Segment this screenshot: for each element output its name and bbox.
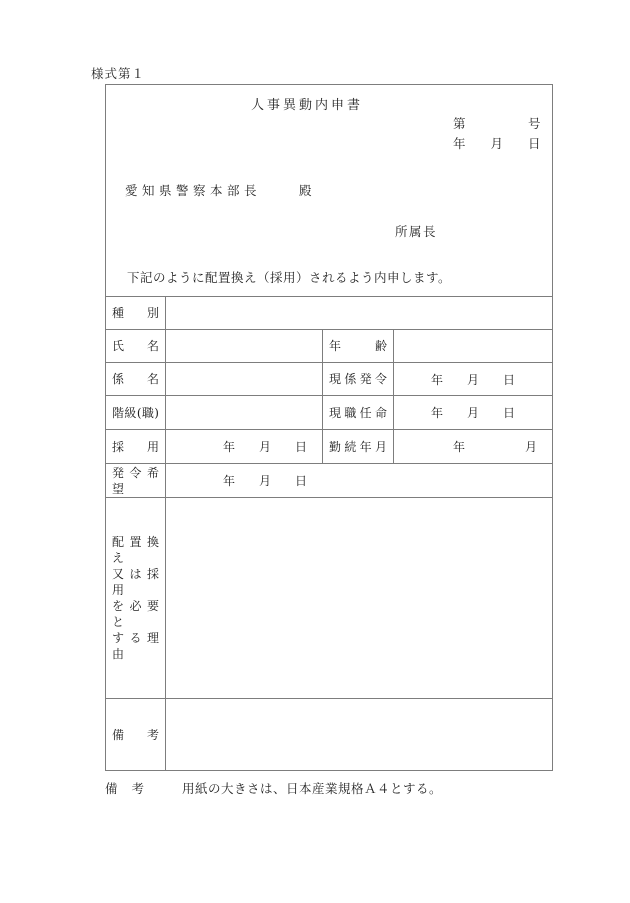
hire-label: 採 用 <box>112 439 159 455</box>
section-label-cell: 係 名 <box>106 363 166 396</box>
submitter-title: 所属長 <box>395 222 437 240</box>
age-label-cell: 年 齢 <box>323 330 394 363</box>
section-value-cell <box>166 363 323 396</box>
type-label: 種 別 <box>112 305 159 321</box>
form-border-box: 人事異動内申書 第 号 年 月 日 愛知県警察本部長殿 所属長 下記のように配置… <box>105 84 553 771</box>
type-label-cell: 種 別 <box>106 297 166 330</box>
current-post-date-cell: 年 月 日 <box>394 396 552 430</box>
age-label: 年 齢 <box>329 338 387 354</box>
current-post-label-cell: 現職任命 <box>323 396 394 430</box>
remarks-label-cell: 備 考 <box>106 699 166 771</box>
footnote-label: 備考 <box>105 781 158 796</box>
form-table: 種 別 氏 名 年 齢 係 名 現係発令 年 月 日 階級(職) 現職任命 年 … <box>106 296 552 771</box>
form-id-label: 様式第１ <box>91 64 145 82</box>
service-label: 勤続年月 <box>329 439 387 455</box>
desired-label: 発令希望 <box>112 465 159 497</box>
rank-label: 階級(職) <box>112 405 159 421</box>
remarks-label: 備 考 <box>112 727 159 743</box>
reason-label: 配置換え 又は採用 を必要と する理由 <box>112 534 159 662</box>
name-label: 氏 名 <box>112 338 159 354</box>
desired-label-cell: 発令希望 <box>106 464 166 498</box>
paper-size-footnote: 備考用紙の大きさは、日本産業規格Ａ４とする。 <box>105 779 442 797</box>
reason-value-cell <box>166 498 552 699</box>
name-value-cell <box>166 330 323 363</box>
name-label-cell: 氏 名 <box>106 330 166 363</box>
recipient-honorific: 殿 <box>299 183 312 198</box>
current-post-label: 現職任命 <box>329 405 387 421</box>
current-section-label: 現係発令 <box>329 371 387 387</box>
hire-label-cell: 採 用 <box>106 430 166 464</box>
current-section-date-cell: 年 月 日 <box>394 363 552 396</box>
rank-value-cell <box>166 396 323 430</box>
document-number-line: 第 号 <box>453 114 541 132</box>
desired-date-cell: 年 月 日 <box>166 464 552 498</box>
hire-date-cell: 年 月 日 <box>166 430 323 464</box>
current-section-label-cell: 現係発令 <box>323 363 394 396</box>
document-title: 人事異動内申書 <box>106 94 552 113</box>
footnote-text: 用紙の大きさは、日本産業規格Ａ４とする。 <box>182 781 442 796</box>
type-value-cell <box>166 297 552 330</box>
remarks-value-cell <box>166 699 552 771</box>
section-label: 係 名 <box>112 371 159 387</box>
service-label-cell: 勤続年月 <box>323 430 394 464</box>
recipient-line: 愛知県警察本部長殿 <box>125 181 312 199</box>
document-page: 様式第１ 人事異動内申書 第 号 年 月 日 愛知県警察本部長殿 所属長 下記の… <box>0 0 630 903</box>
rank-label-cell: 階級(職) <box>106 396 166 430</box>
age-value-cell <box>394 330 552 363</box>
service-length-cell: 年 月 <box>394 430 552 464</box>
document-date-line: 年 月 日 <box>453 134 541 152</box>
recipient-name: 愛知県警察本部長 <box>125 183 261 198</box>
reason-label-cell: 配置換え 又は採用 を必要と する理由 <box>106 498 166 699</box>
request-statement: 下記のように配置換え（採用）されるよう内申します。 <box>127 268 451 286</box>
